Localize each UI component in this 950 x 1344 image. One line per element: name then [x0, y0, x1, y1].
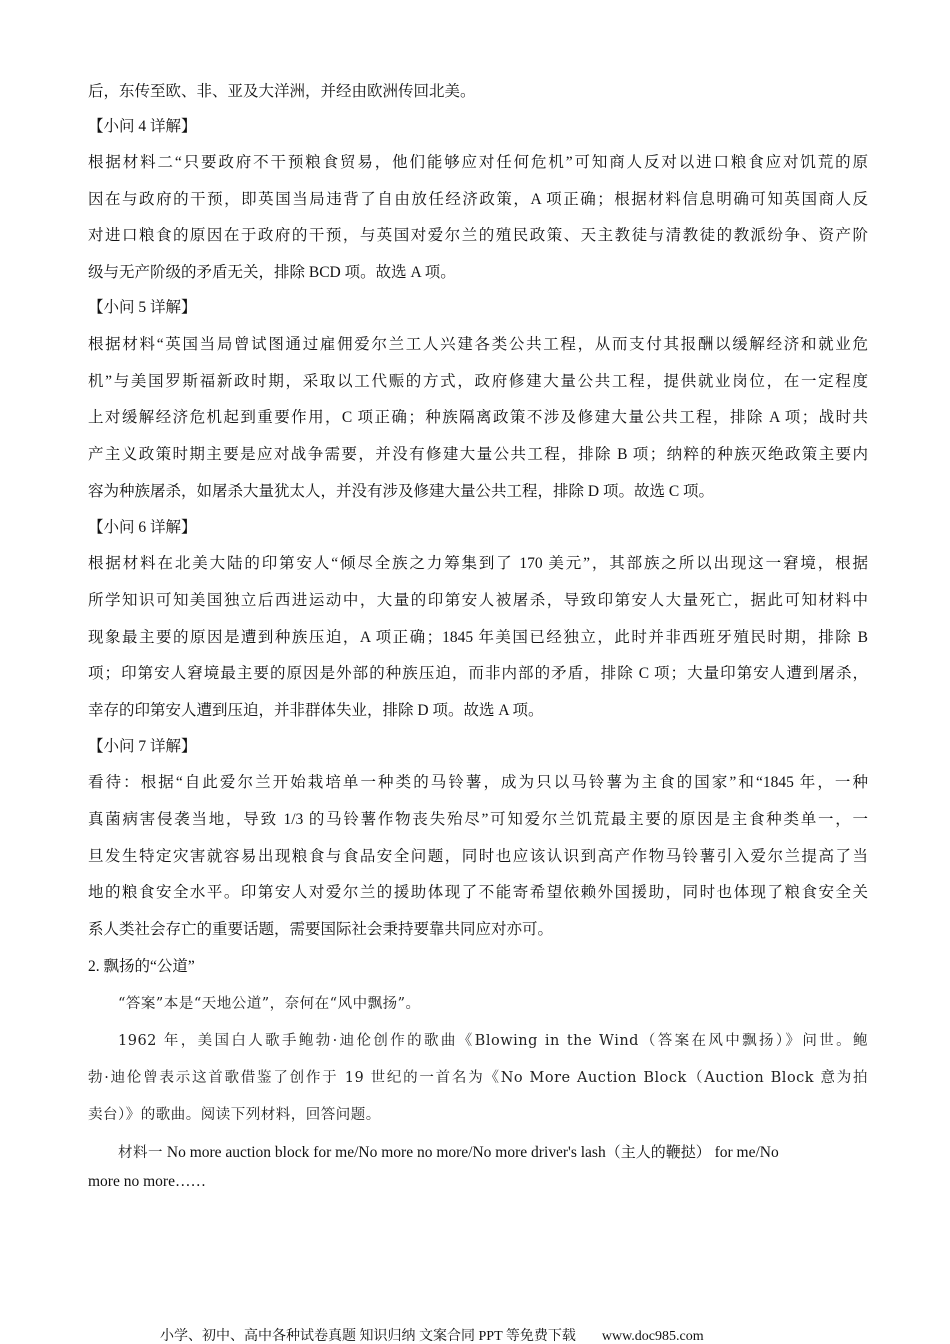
paragraph-line: 幸存的印第安人遭到压迫，并非群体失业，排除 D 项。故选 A 项。 [88, 701, 868, 721]
paragraph-line: 对进口粮食的原因在于政府的干预，与英国对爱尔兰的殖民政策、天主教徒与清教徒的教派… [88, 226, 868, 246]
material-1-lyrics: No more auction block for me/No more no … [163, 1144, 606, 1161]
question-2-intro: “答案”本是“天地公道”，奈何在“风中飘扬”。 [88, 994, 868, 1014]
continued-text: 后，东传至欧、非、亚及大洋洲，并经由欧洲传回北美。 [88, 82, 868, 102]
paragraph-line: 上对缓解经济危机起到重要作用，C 项正确；种族隔离政策不涉及修建大量公共工程，排… [88, 408, 868, 428]
material-1-label: 材料一 [118, 1145, 163, 1161]
footer-url[interactable]: www.doc985.com [602, 1329, 704, 1344]
page-footer: 小学、初中、高中各种试卷真题 知识归纳 文案合同 PPT 等免费下载www.do… [160, 1325, 704, 1344]
paragraph-line: 项；印第安人窘境最主要的原因是外部的种族压迫，而非内部的矛盾，排除 C 项；大量… [88, 664, 868, 684]
paragraph-line: 卖台）》的歌曲。阅读下列材料，回答问题。 [88, 1105, 868, 1125]
section-heading-q6: 【小问 6 详解】 [88, 518, 868, 538]
section-heading-q5: 【小问 5 详解】 [88, 298, 868, 318]
paragraph-line: 机”与美国罗斯福新政时期，采取以工代赈的方式，政府修建大量公共工程，提供就业岗位… [88, 372, 868, 392]
paragraph-line: 根据材料“英国当局曾试图通过雇佣爱尔兰工人兴建各类公共工程，从而支付其报酬以缓解… [88, 335, 868, 355]
material-1-gloss: （主人的鞭挞） [606, 1143, 711, 1161]
paragraph-line: 看待：根据“自此爱尔兰开始栽培单一种类的马铃薯，成为只以马铃薯为主食的国家”和“… [88, 773, 868, 793]
paragraph-line: 产主义政策时期主要是应对战争需要，并没有修建大量公共工程，排除 B 项；纳粹的种… [88, 445, 868, 465]
footer-text: 小学、初中、高中各种试卷真题 知识归纳 文案合同 PPT 等免费下载 [160, 1329, 576, 1344]
paragraph-line: 系人类社会存亡的重要话题，需要国际社会秉持要靠共同应对亦可。 [88, 920, 868, 940]
paragraph-line: 因在与政府的干预，即英国当局违背了自由放任经济政策，A 项正确；根据材料信息明确… [88, 190, 868, 210]
paragraph-line: 所学知识可知美国独立后西进运动中，大量的印第安人被屠杀，导致印第安人大量死亡，据… [88, 591, 868, 611]
paragraph-line: 根据材料在北美大陆的印第安人“倾尽全族之力筹集到了 170 美元”，其部族之所以… [88, 554, 868, 574]
paragraph-line: 根据材料二“只要政府不干预粮食贸易，他们能够应对任何危机”可知商人反对以进口粮食… [88, 153, 868, 173]
material-1-line: 材料一 No more auction block for me/No more… [88, 1142, 868, 1163]
question-2-title: 2. 飘扬的“公道” [88, 957, 868, 977]
section-heading-q7: 【小问 7 详解】 [88, 737, 868, 757]
paragraph-line: 勃·迪伦曾表示这首歌借鉴了创作于 19 世纪的一首名为《No More Auct… [88, 1068, 868, 1088]
paragraph-line: 现象最主要的原因是遭到种族压迫，A 项正确；1845 年美国已经独立，此时并非西… [88, 628, 868, 648]
paragraph-line: 旦发生特定灾害就容易出现粮食与食品安全问题，同时也应该认识到高产作物马铃薯引入爱… [88, 847, 868, 867]
paragraph-line: 级与无产阶级的矛盾无关，排除 BCD 项。故选 A 项。 [88, 263, 868, 283]
material-1-line-2: more no more…… [88, 1172, 868, 1192]
section-heading-q4: 【小问 4 详解】 [88, 117, 868, 137]
paragraph-line: 地的粮食安全水平。印第安人对爱尔兰的援助体现了不能寄希望依赖外国援助，同时也体现… [88, 883, 868, 903]
paragraph-line: 容为种族屠杀，如屠杀大量犹太人，并没有涉及修建大量公共工程，排除 D 项。故选 … [88, 482, 868, 502]
material-1-lyrics-cont: for me/No [711, 1144, 779, 1161]
paragraph-line: 1962 年，美国白人歌手鲍勃·迪伦创作的歌曲《Blowing in the W… [88, 1031, 868, 1051]
paragraph-line: 真菌病害侵袭当地，导致 1/3 的马铃薯作物丧失殆尽”可知爱尔兰饥荒最主要的原因… [88, 810, 868, 830]
